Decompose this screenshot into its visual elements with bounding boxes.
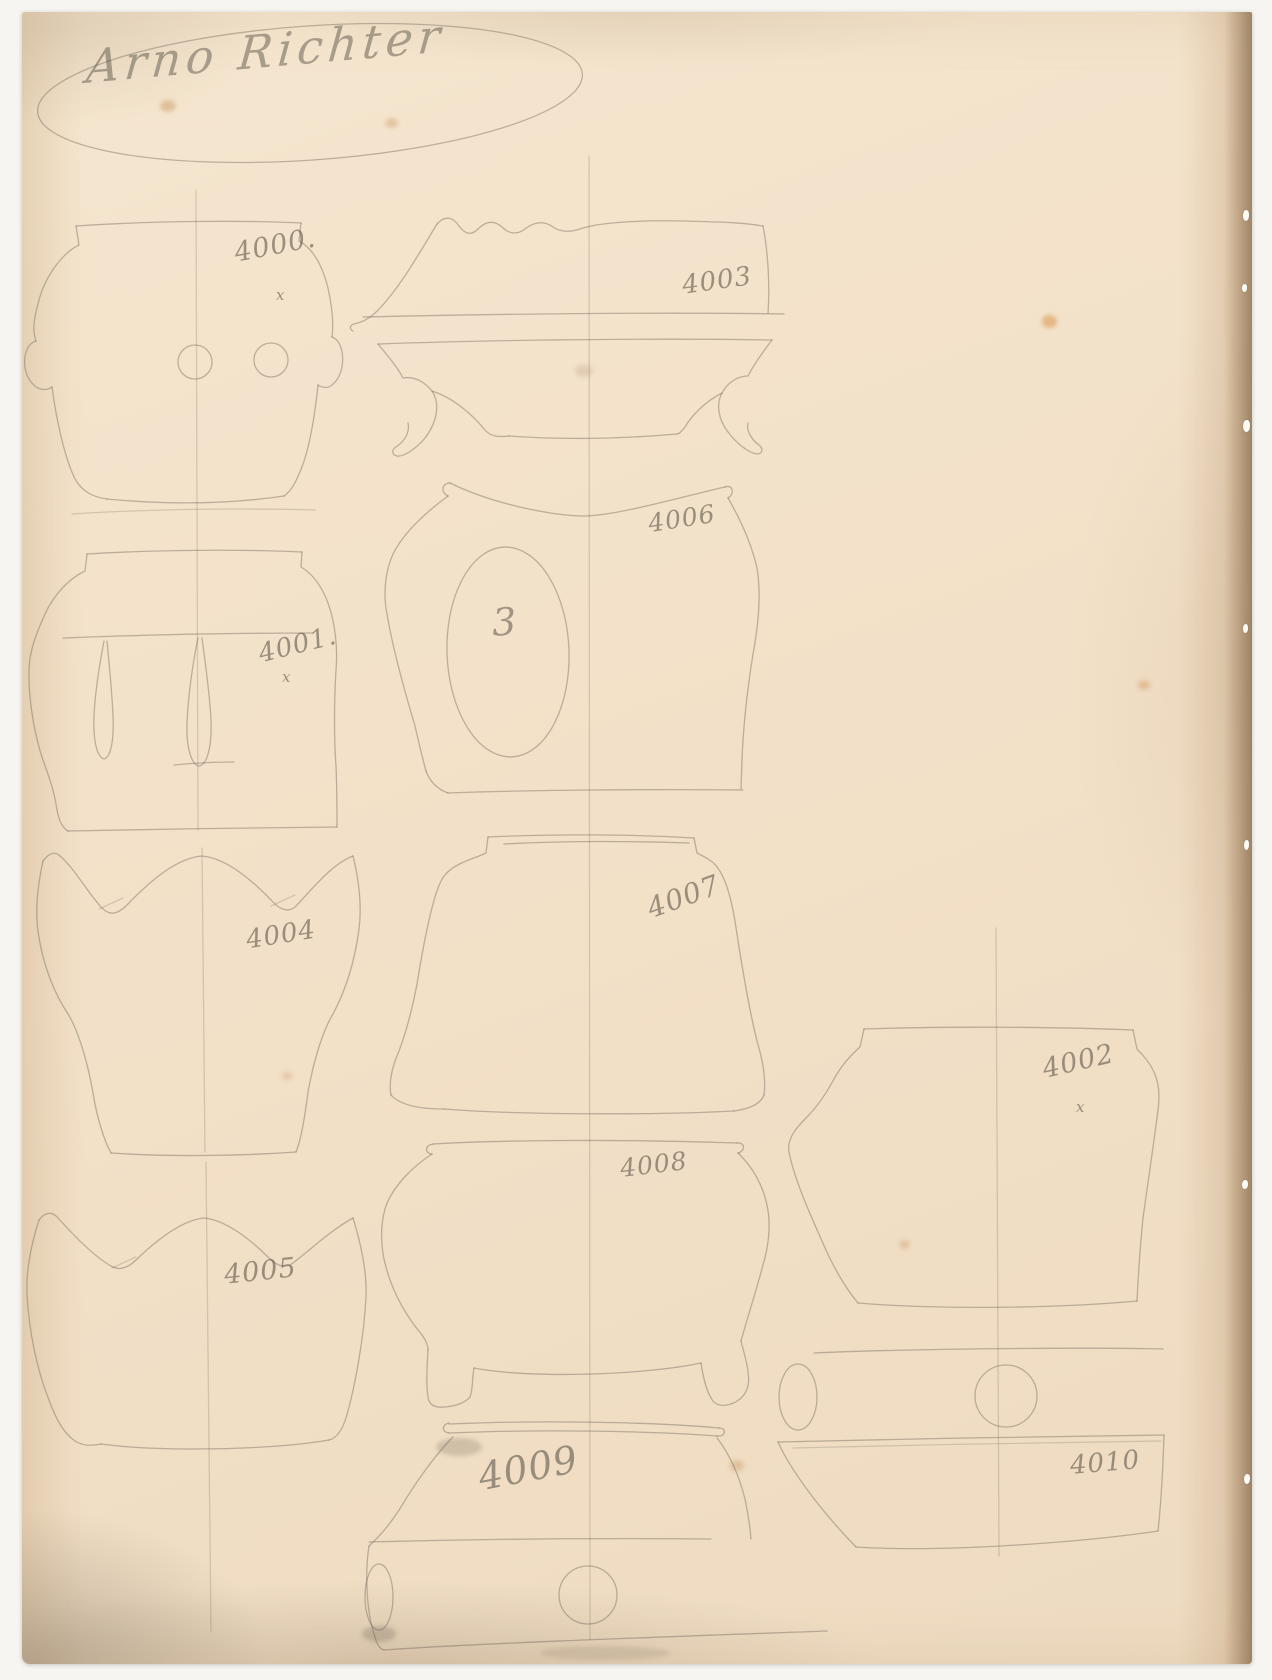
sketch-label-4010: 4010 bbox=[1069, 1445, 1142, 1481]
sketch-mark-4001: x bbox=[282, 668, 291, 686]
pot-sketch-4008 bbox=[382, 1140, 769, 1407]
sketch-mark-4000: x bbox=[276, 286, 285, 304]
scan-background: Arno Richter 4000. x 4001. x 4002 x 4003… bbox=[0, 0, 1272, 1680]
pot-sketch-4009 bbox=[365, 1422, 827, 1650]
medallion-number: 3 bbox=[491, 599, 518, 644]
pot-sketch-4003 bbox=[350, 218, 784, 456]
sketch-mark-4002: x bbox=[1076, 1098, 1085, 1116]
pot-sketch-4004 bbox=[37, 853, 360, 1155]
pot-sketch-4005 bbox=[27, 1213, 366, 1449]
center-guide-lines bbox=[196, 156, 999, 1640]
pot-sketch-4000 bbox=[25, 221, 343, 503]
pencil-drawings bbox=[0, 0, 1272, 1680]
